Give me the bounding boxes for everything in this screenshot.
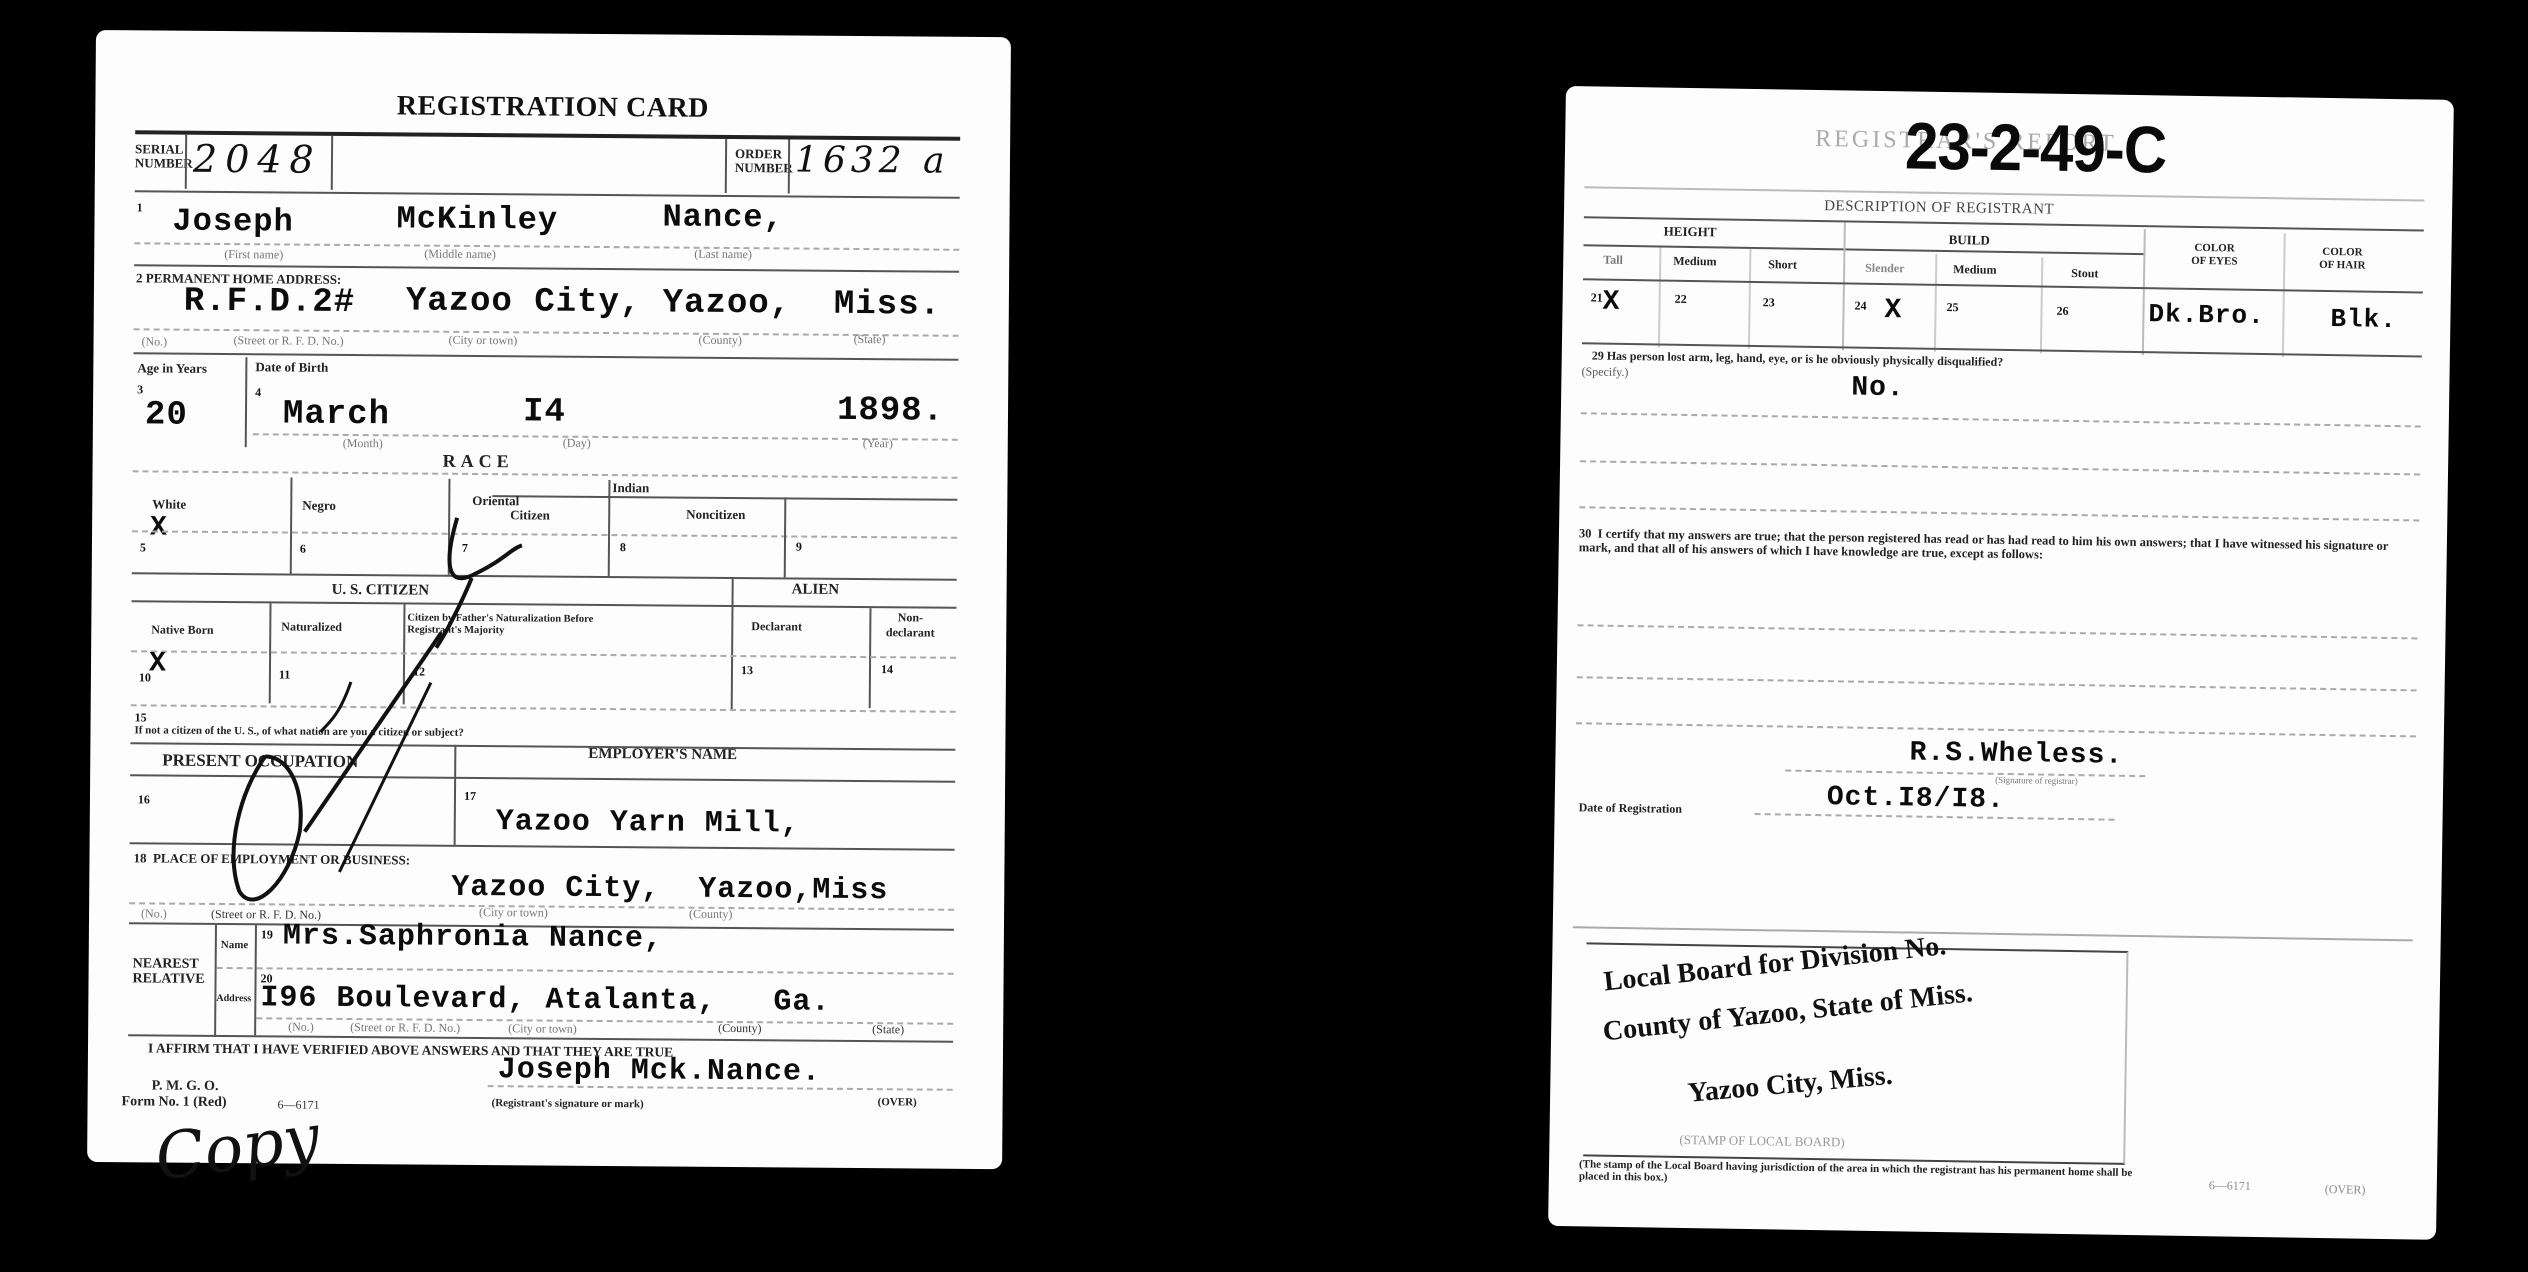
height-tall-mark: X <box>1602 287 1620 318</box>
registration-card-back: REGISTRAR'S REPORT 23-2-49-C DESCRIPTION… <box>1548 86 2454 1240</box>
hair-color-value: Blk. <box>2330 304 2397 335</box>
q29-label: 29 Has person lost arm, leg, hand, eye, … <box>1592 348 2004 369</box>
q29-value: No. <box>1851 373 1905 405</box>
date-of-registration: Oct.I8/I8. <box>1827 782 2005 816</box>
build-slender-mark: X <box>1884 295 1902 326</box>
stamp-number: 23-2-49-C <box>1905 108 2167 188</box>
registration-card-front: REGISTRATION CARD SERIALNUMBER 2048 ORDE… <box>87 30 1011 1169</box>
date-of-registration-label: Date of Registration <box>1579 800 1683 817</box>
pen-scrawl-icon <box>87 30 1011 1169</box>
q30-certification: 30 I certify that my answers are true; t… <box>1579 526 2419 567</box>
description-title: DESCRIPTION OF REGISTRANT <box>1824 198 2054 219</box>
registrar-signature: R.S.Wheless. <box>1909 737 2123 771</box>
eye-color-value: Dk.Bro. <box>2148 299 2265 331</box>
